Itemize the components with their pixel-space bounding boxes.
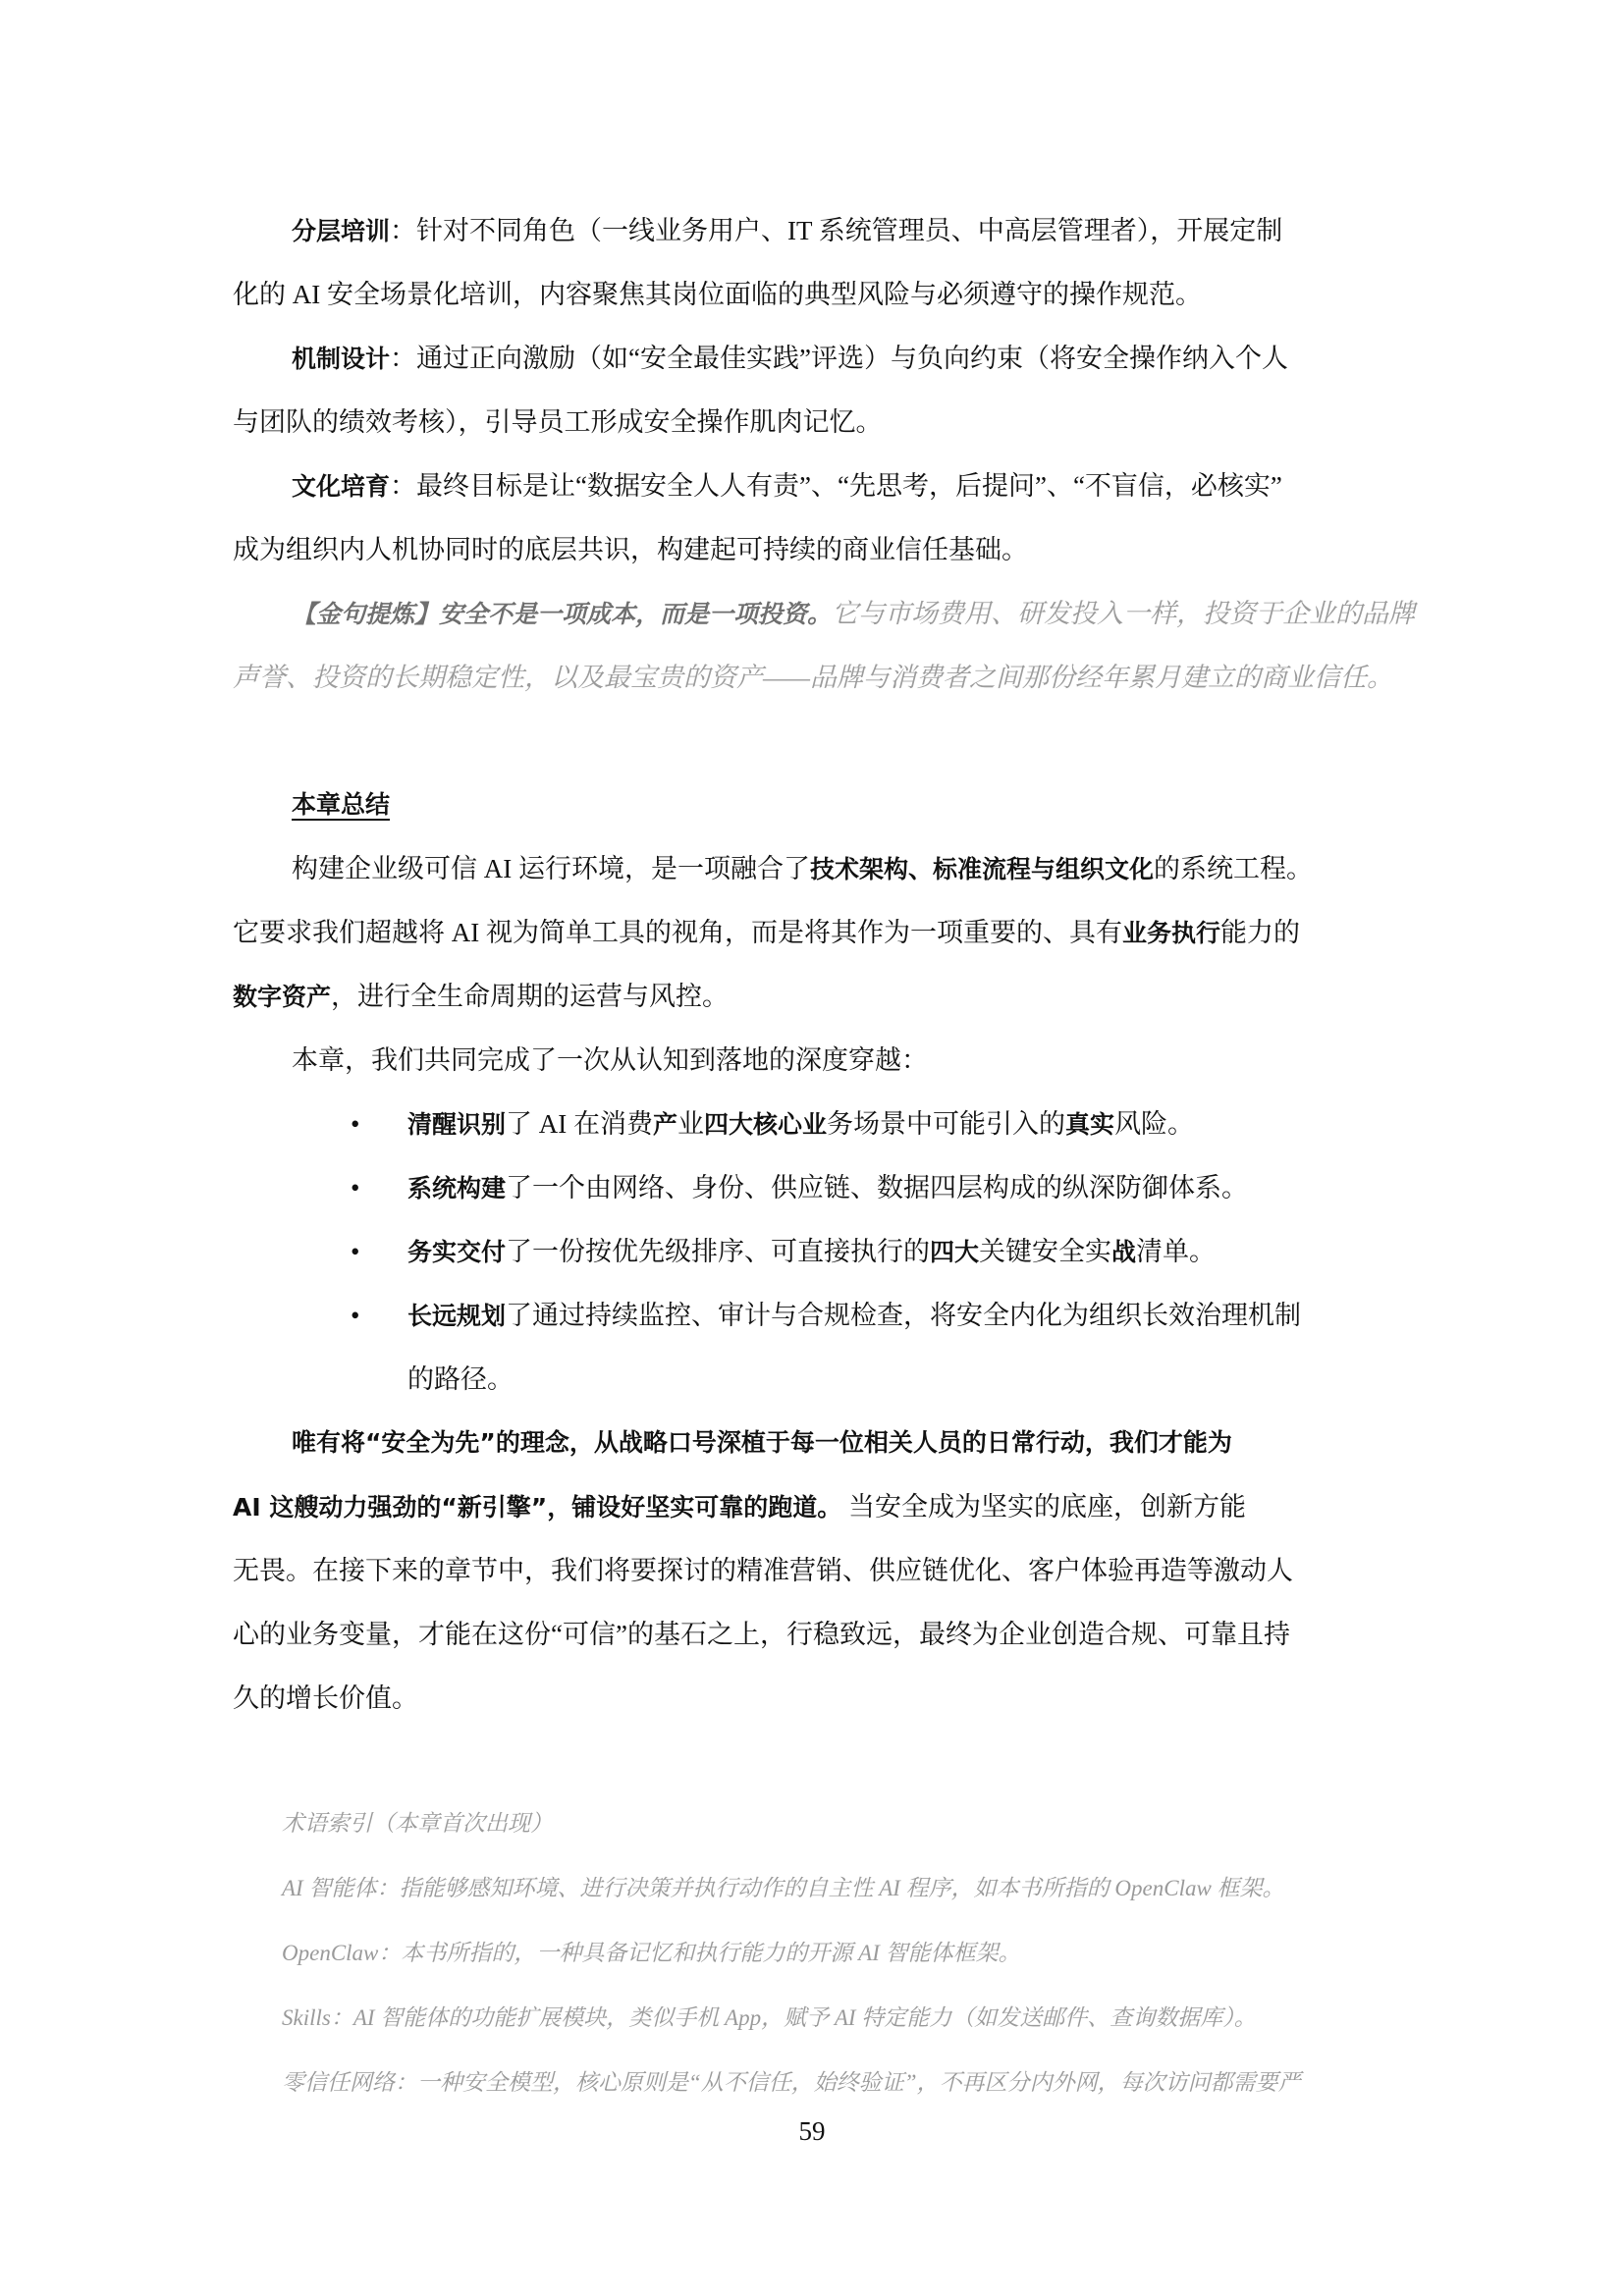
term-label: 机制设计 [292, 345, 390, 373]
summary-intro-line3: 数字资产，进行全生命周期的运营与风控。 [233, 979, 729, 1014]
paragraph-culture-building-line1: 文化培育：最终目标是让“数据安全人人有责”、“先思考，后提问”、“不盲信，必核实… [292, 468, 1282, 504]
bullet-item: • 清醒识别了 AI 在消费产业四大核心业务场景中可能引入的真实风险。 [233, 1106, 1393, 1142]
golden-quote-line1: 【金句提炼】安全不是一项成本，而是一项投资。它与市场费用、研发投入一样，投资于企… [292, 596, 1415, 631]
closing-line1: 唯有将“安全为先”的理念，从战略口号深植于每一位相关人员的日常行动，我们才能为 [292, 1425, 1232, 1461]
term-label: 文化培育 [292, 472, 390, 501]
bullet-item: • 系统构建了一个由网络、身份、供应链、数据四层构成的纵深防御体系。 [233, 1170, 1393, 1205]
glossary-item: AI 智能体：指能够感知环境、进行决策并执行动作的自主性 AI 程序，如本书所指… [282, 1871, 1285, 1906]
bullet-item: • 长远规划了通过持续监控、审计与合规检查，将安全内化为组织长效治理机制 [233, 1298, 1393, 1333]
journey-intro: 本章，我们共同完成了一次从认知到落地的深度穿越： [292, 1042, 928, 1078]
summary-intro-line2: 它要求我们超越将 AI 视为简单工具的视角，而是将其作为一项重要的、具有业务执行… [233, 915, 1300, 950]
closing-line3: 无畏。在接下来的章节中，我们将要探讨的精准营销、供应链优化、客户体验再造等激动人 [233, 1553, 1293, 1588]
section-heading-summary: 本章总结 [292, 787, 390, 823]
glossary-title: 术语索引（本章首次出现） [282, 1806, 553, 1842]
glossary-item: OpenClaw：本书所指的，一种具备记忆和执行能力的开源 AI 智能体框架。 [282, 1936, 1021, 1971]
closing-line5: 久的增长价值。 [233, 1681, 418, 1716]
paragraph-mechanism-design-line2: 与团队的绩效考核），引导员工形成安全操作肌肉记忆。 [233, 404, 883, 440]
glossary-item: 零信任网络：一种安全模型，核心原则是“从不信任，始终验证”，不再区分内外网，每次… [282, 2065, 1301, 2101]
bullet-icon: • [351, 1106, 359, 1142]
paragraph-layered-training-line2: 化的 AI 安全场景化培训，内容聚焦其岗位面临的典型风险与必须遵守的操作规范。 [233, 277, 1202, 312]
paragraph-mechanism-design-line1: 机制设计：通过正向激励（如“安全最佳实践”评选）与负向约束（将安全操作纳入个人 [292, 341, 1288, 376]
bullet-item: • 务实交付了一份按优先级排序、可直接执行的四大关键安全实战清单。 [233, 1234, 1393, 1269]
page-number: 59 [0, 2116, 1624, 2147]
golden-quote-line2: 声誉、投资的长期稳定性，以及最宝贵的资产——品牌与消费者之间那份经年累月建立的商… [233, 660, 1393, 695]
paragraph-layered-training-line1: 分层培训：针对不同角色（一线业务用户、IT 系统管理员、中高层管理者），开展定制 [292, 213, 1282, 248]
bullet-icon: • [351, 1170, 359, 1205]
summary-intro-line1: 构建企业级可信 AI 运行环境，是一项融合了技术架构、标准流程与组织文化的系统工… [292, 851, 1313, 886]
closing-line2: AI 这艘动力强劲的“新引擎”，铺设好坚实可靠的跑道。 当安全成为坚实的底座，创… [233, 1489, 1246, 1524]
glossary-item: Skills：AI 智能体的功能扩展模块，类似手机 App，赋予 AI 特定能力… [282, 2001, 1257, 2036]
golden-quote-bold: 【金句提炼】安全不是一项成本，而是一项投资。 [292, 600, 832, 628]
bullet-icon: • [351, 1234, 359, 1269]
bullet-item-continuation: 的路径。 [233, 1362, 1393, 1397]
paragraph-culture-building-line2: 成为组织内人机协同时的底层共识，构建起可持续的商业信任基础。 [233, 532, 1028, 567]
closing-line4: 心的业务变量，才能在这份“可信”的基石之上，行稳致远，最终为企业创造合规、可靠且… [233, 1617, 1290, 1652]
bullet-icon: • [351, 1298, 359, 1333]
term-label: 分层培训 [292, 217, 390, 245]
